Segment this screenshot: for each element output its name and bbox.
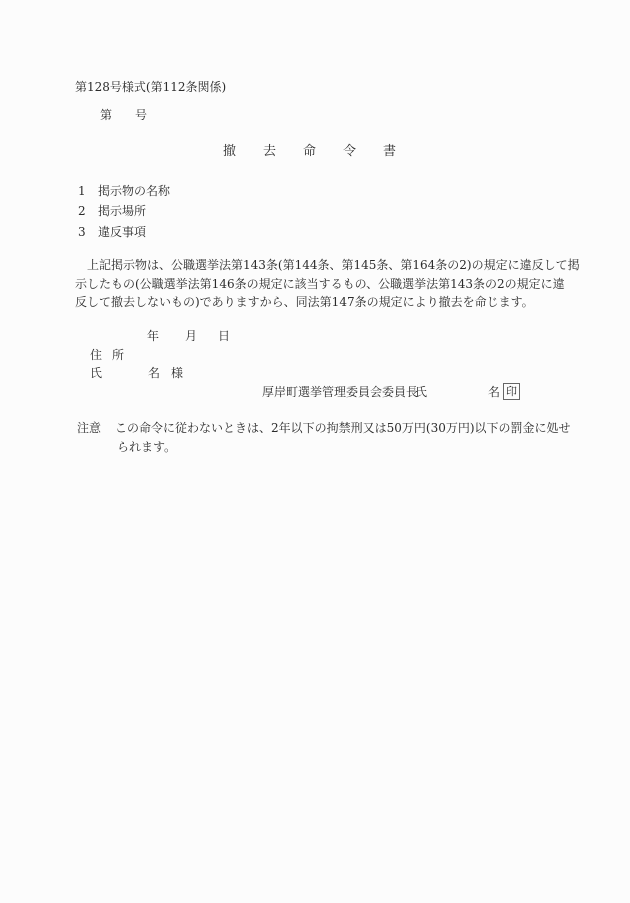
form-code: 第128号様式(第112条関係) (75, 80, 226, 94)
list-item-3: 3違反事項 (78, 225, 146, 239)
body-paragraph-line-3: 反して撤去しないもの)でありますから、同法第147条の規定により撤去を命じます。 (75, 293, 534, 312)
item-2-label: 掲示場所 (98, 204, 146, 218)
list-item-1: 1掲示物の名称 (78, 184, 170, 198)
recipient-name-label-2: 名 (148, 366, 160, 380)
date-day-label: 日 (218, 329, 230, 343)
recipient-address-label-2: 所 (112, 348, 124, 362)
item-3-label: 違反事項 (98, 225, 146, 239)
item-3-number: 3 (78, 225, 98, 239)
body-paragraph-line-1: 上記掲示物は、公職選挙法第143条(第144条、第145条、第164条の2)の規… (75, 256, 580, 275)
doc-number-prefix: 第 (100, 108, 112, 122)
issuer-title: 厚岸町選挙管理委員会委員長 (262, 385, 418, 399)
document-title: 撤去命令書 (223, 144, 423, 160)
note-text-line-1: この命令に従わないときは、2年以下の拘禁刑又は50万円(30万円)以下の罰金に処… (115, 421, 571, 435)
item-2-number: 2 (78, 204, 98, 218)
body-paragraph-line-2: 示したもの(公職選挙法第146条の規定に該当するもの、公職選挙法第143条の2の… (75, 275, 565, 294)
item-1-number: 1 (78, 184, 98, 198)
list-item-2: 2掲示場所 (78, 204, 146, 218)
document-page: 第128号様式(第112条関係) 第 号 撤去命令書 1掲示物の名称 2掲示場所… (0, 0, 630, 903)
item-1-label: 掲示物の名称 (98, 184, 170, 198)
doc-number-suffix: 号 (135, 108, 147, 122)
recipient-name-label-1: 氏 (90, 366, 102, 380)
issuer-name-label-1: 氏 (415, 385, 427, 399)
date-year-label: 年 (147, 329, 159, 343)
recipient-honorific: 様 (171, 366, 183, 380)
note-label: 注意 (77, 421, 101, 435)
note-text-line-2: られます。 (117, 440, 176, 454)
recipient-address-label-1: 住 (90, 348, 102, 362)
date-month-label: 月 (185, 329, 197, 343)
seal-mark: 印 (503, 383, 520, 400)
issuer-name-label-2: 名 (488, 385, 500, 399)
